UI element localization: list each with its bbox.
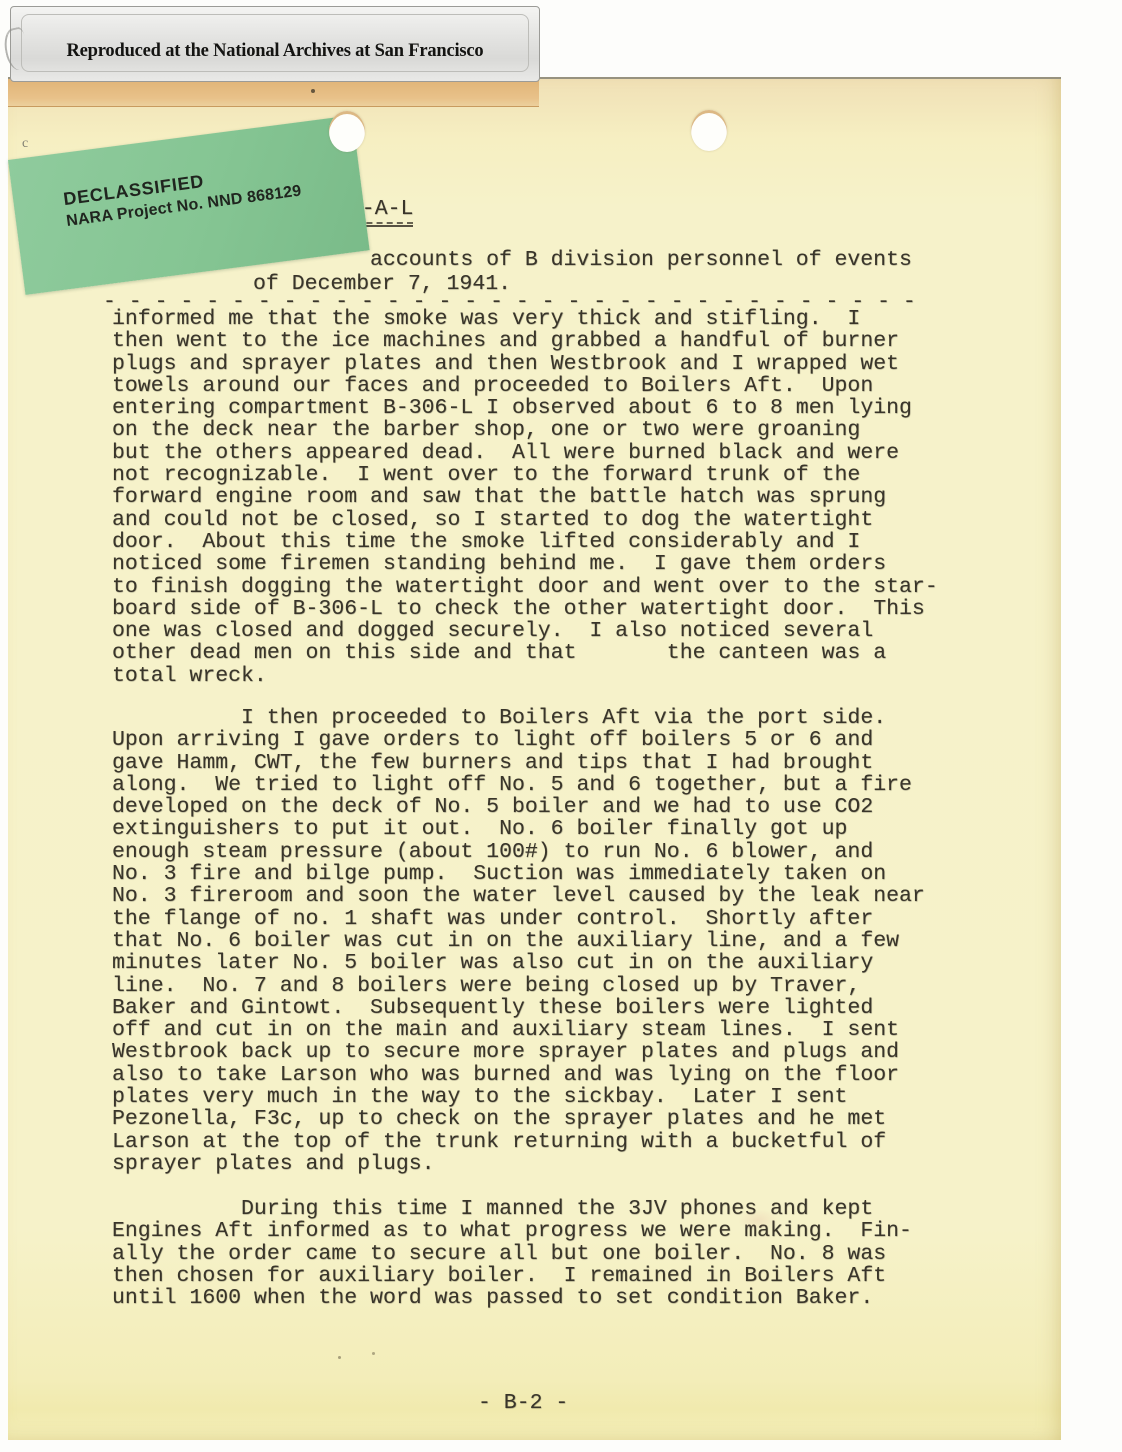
page-number: - B-2 -: [478, 1392, 568, 1414]
paragraph-2: I then proceeded to Boilers Aft via the …: [112, 707, 925, 1175]
hole-punch-right: [691, 110, 727, 151]
page-edge-strip: [8, 79, 539, 107]
banner-text: Reproduced at the National Archives at S…: [67, 27, 484, 62]
archives-banner: Reproduced at the National Archives at S…: [10, 6, 540, 82]
subject-line-1: accounts of B division personnel of even…: [370, 249, 912, 271]
paragraph-3: During this time I manned the 3JV phones…: [112, 1198, 912, 1309]
document-page: -I-A-L accounts of B division personnel …: [8, 77, 1061, 1440]
paragraph-1: informed me that the smoke was very thic…: [112, 308, 938, 687]
scanned-document: -I-A-L accounts of B division personnel …: [0, 0, 1122, 1452]
hole-punch-left: [329, 111, 365, 152]
